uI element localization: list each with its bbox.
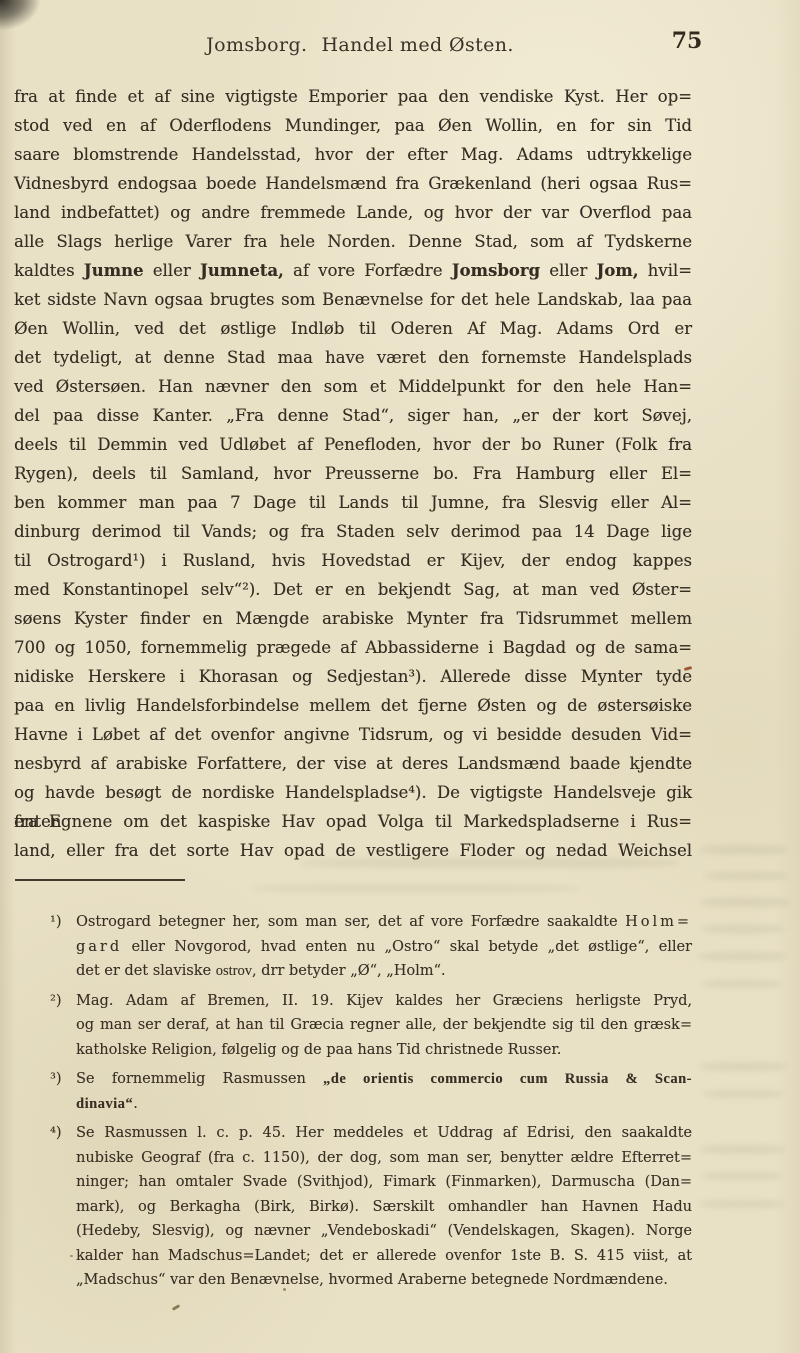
body-line-20: 700 og 1050, fornemmelig prægede af Abba… [14,633,692,662]
body-line-16: dinburg derimod til Vands; og fra Staden… [14,517,692,546]
footnote-1-text: Ostrogard betegner her, som man ser, det… [76,914,625,930]
body-line-03: saare blomstrende Handelsstad, hvor der … [14,140,692,169]
footnote-divider [15,879,185,881]
body-line-07-text: hvil= [638,261,692,280]
footnote-4-line-5: (Hedeby, Slesvig), og nævner „Vendeboska… [76,1219,692,1244]
running-title-left: Jomsborg. [206,34,307,56]
footnote-1-line-3: det er det slaviske ostrov, drr betyder … [76,959,692,984]
emphasis-jomsborg: Jomsborg [452,261,540,280]
footnote-1-text: det er det slaviske [76,963,216,979]
footnote-1-text: eller Novgorod, hvad enten nu „Ostro“ sk… [122,939,692,955]
body-line-19: søens Kyster finder en Mængde arabiske M… [14,604,692,633]
show-through-smudge [700,1200,784,1208]
footnote-1-line-2: gard eller Novgorod, hvad enten nu „Ostr… [76,935,692,960]
footnote-2-line-1: Mag. Adam af Bremen, II. 19. Kijev kalde… [76,989,692,1014]
footnote-4-line-4: mark), og Berkagha (Birk, Birkø). Særski… [76,1195,692,1220]
show-through-smudge [703,1090,783,1098]
body-line-01: fra at finde et af sine vigtigste Empori… [14,82,692,111]
body-line-07: kaldtes Jumne eller Jumneta, af vore For… [14,256,692,285]
show-through-smudge [704,872,788,880]
body-line-05: land indbefattet) og andre fremmede Land… [14,198,692,227]
body-line-09: Øen Wollin, ved det østlige Indløb til O… [14,314,692,343]
show-through-smudge [699,1145,785,1154]
body-line-25: og havde besøgt de nordiske Handelsplads… [14,778,692,807]
footnote-3-marker: ³) [50,1067,61,1092]
show-through-smudge [700,845,788,854]
emphasis-jom: Jom, [596,261,638,280]
show-through-smudge [300,858,680,868]
body-line-07-text: eller [540,261,596,280]
body-line-17: til Ostrogard¹) i Rusland, hvis Hovedsta… [14,546,692,575]
footnote-3-text: Se fornemmelig Rasmussen [76,1071,323,1087]
footnote-3-line-2: dinavia“. [76,1092,692,1117]
running-title-right: Handel med Østen. [321,34,513,56]
emphasis-jumne: Jumne [84,261,144,280]
show-through-smudge [250,884,580,893]
footnote-4-line-3: ninger; han omtaler Svade (Svithjod), Fi… [76,1170,692,1195]
footnote-1-text: , drr betyder „Ø“, „Holm“. [252,963,446,979]
body-text: fra at finde et af sine vigtigste Empori… [14,82,692,865]
running-header: Jomsborg.Handel med Østen. [40,34,680,56]
footnote-3-text: . [133,1096,138,1112]
footnote-2-marker: ²) [50,989,61,1014]
paper-speck [172,1304,180,1311]
page-number: 75 [664,28,710,54]
latin-term-ostrov: ostrov [216,963,252,979]
footnote-4-line-6: kalder han Madschus=Landet; det er aller… [76,1244,692,1269]
body-line-08: ket sidste Navn ogsaa brugtes som Benævn… [14,285,692,314]
body-line-11: ved Østersøen. Han nævner den som et Mid… [14,372,692,401]
body-line-06: alle Slags herlige Varer fra hele Norden… [14,227,692,256]
footnote-4-line-1: Se Rasmussen l. c. p. 45. Her meddeles e… [76,1121,692,1146]
footnote-2: ²) Mag. Adam af Bremen, II. 19. Kijev ka… [14,989,692,1063]
show-through-smudge [702,1172,782,1180]
show-through-smudge [698,952,786,961]
footnote-1: ¹) Ostrogard betegner her, som man ser, … [14,910,692,984]
body-line-22: paa en livlig Handelsforbindelse mellem … [14,691,692,720]
body-line-18: med Konstantinopel selv“²). Det er en be… [14,575,692,604]
footnote-1-marker: ¹) [50,910,61,935]
footnote-4-line-2: nubiske Geograf (fra c. 1150), der dog, … [76,1146,692,1171]
body-line-10: det tydeligt, at denne Stad maa have vær… [14,343,692,372]
footnote-4-line-7: „Madschus“ var den Benævnelse, hvormed A… [76,1268,692,1293]
footnote-1-line-1: Ostrogard betegner her, som man ser, det… [76,910,692,935]
body-line-21: nidiske Herskere i Khorasan og Sedjestan… [14,662,692,691]
body-line-04: Vidnesbyrd endogsaa boede Handelsmænd fr… [14,169,692,198]
footnote-2-line-2: og man ser deraf, at han til Græcia regn… [76,1013,692,1038]
paper-speck [70,1255,73,1257]
latin-quote-title: dinavia“ [76,1096,133,1112]
body-line-07-text: eller [144,261,200,280]
footnote-2-line-3: katholske Religion, følgelig og de paa h… [76,1038,692,1063]
body-line-07-text: kaldtes [14,261,84,280]
footnote-3: ³) Se fornemmelig Rasmussen „de orientis… [14,1067,692,1116]
body-line-26: fra Egnene om det kaspiske Hav opad Volg… [14,807,692,836]
scan-corner-shadow [0,0,40,30]
body-line-12: del paa disse Kanter. „Fra denne Stad“, … [14,401,692,430]
body-line-23: Havne i Løbet af det ovenfor angivne Tid… [14,720,692,749]
body-line-02: stod ved en af Oderflodens Mundinger, pa… [14,111,692,140]
book-page: Jomsborg.Handel med Østen. 75 fra at fin… [0,0,800,1353]
body-line-07-text: af vore Forfædre [284,261,452,280]
paper-speck [283,1288,286,1291]
footnote-4-marker: ⁴) [50,1121,61,1146]
footnote-4: ⁴) Se Rasmussen l. c. p. 45. Her meddele… [14,1121,692,1293]
latin-quote-title: „de orientis commercio cum Russia & Scan… [323,1071,692,1087]
show-through-smudge [702,925,784,933]
footnote-3-line-1: Se fornemmelig Rasmussen „de orientis co… [76,1067,692,1092]
body-line-15: ben kommer man paa 7 Dage til Lands til … [14,488,692,517]
body-line-14: Rygen), deels til Samland, hvor Preusser… [14,459,692,488]
emphasis-gard: gard [76,939,122,955]
show-through-smudge [700,898,790,907]
body-line-13: deels til Demmin ved Udløbet af Peneflod… [14,430,692,459]
emphasis-holm: Holm= [625,914,692,930]
footnotes: ¹) Ostrogard betegner her, som man ser, … [14,910,692,1298]
body-line-24: nesbyrd af arabiske Forfattere, der vise… [14,749,692,778]
emphasis-jumneta: Jumneta, [200,261,284,280]
show-through-smudge [702,980,782,988]
show-through-smudge [700,1062,786,1071]
